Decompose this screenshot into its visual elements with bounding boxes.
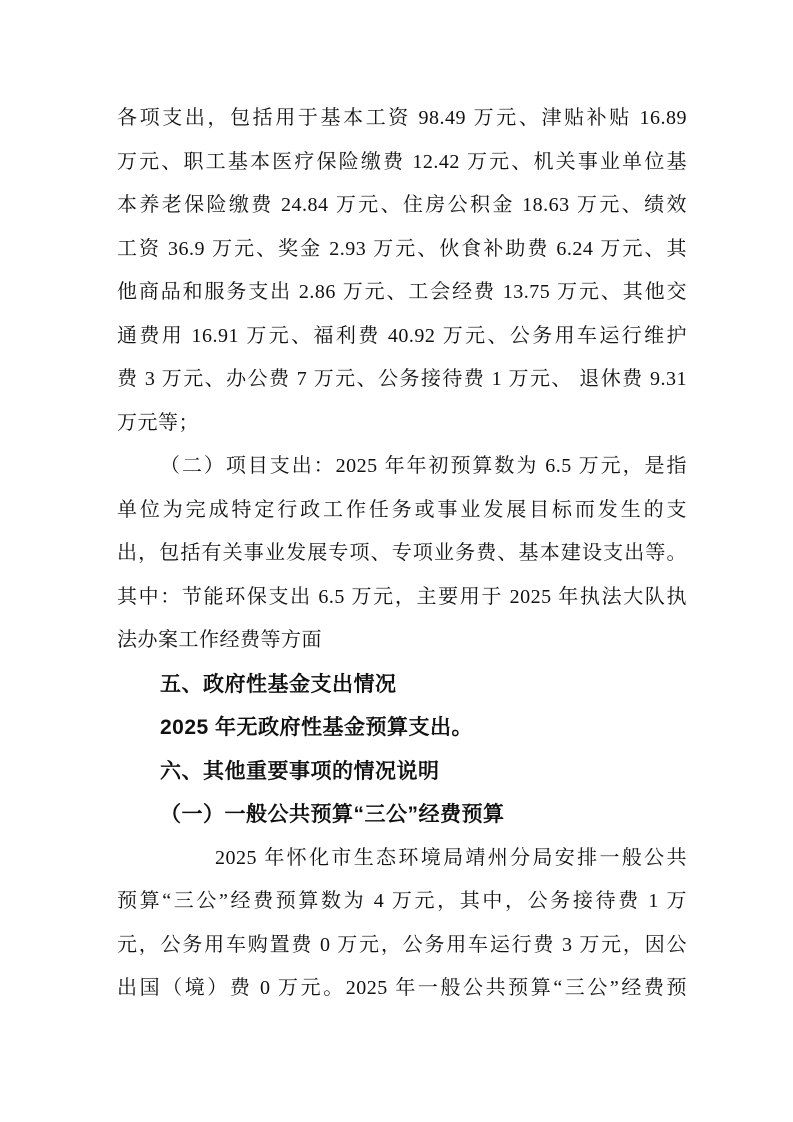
- document-line: 其中：节能环保支出 6.5 万元，主要用于 2025 年执法大队执: [117, 576, 687, 620]
- document-line: 通费用 16.91 万元、福利费 40.92 万元、公务用车运行维护: [117, 315, 687, 359]
- document-line: 法办案工作经费等方面: [117, 619, 687, 663]
- heading-section-5-gov-fund: 五、政府性基金支出情况: [117, 663, 687, 707]
- section-heading: （一）一般公共预算“三公”经费预算: [117, 793, 687, 837]
- document-content: 各项支出，包括用于基本工资 98.49 万元、津贴补贴 16.89 万元、职工基…: [117, 97, 687, 1011]
- document-line: 预算“三公”经费预算数为 4 万元，其中，公务接待费 1 万: [117, 880, 687, 924]
- document-line: 出，包括有关事业发展专项、专项业务费、基本建设支出等。: [117, 532, 687, 576]
- paragraph-project-expenditure: （二）项目支出：2025 年年初预算数为 6.5 万元，是指 单位为完成特定行政…: [117, 445, 687, 663]
- document-line: 各项支出，包括用于基本工资 98.49 万元、津贴补贴 16.89: [117, 97, 687, 141]
- document-line: 元，公务用车购置费 0 万元，公务用车运行费 3 万元，因公: [117, 924, 687, 968]
- heading-three-public-budget: （一）一般公共预算“三公”经费预算: [117, 793, 687, 837]
- paragraph-no-gov-fund-statement: 2025 年无政府性基金预算支出。: [117, 706, 687, 750]
- document-line: 2025 年怀化市生态环境局靖州分局安排一般公共: [117, 837, 687, 881]
- section-heading: 六、其他重要事项的情况说明: [117, 750, 687, 794]
- document-line: 万元等；: [117, 402, 687, 446]
- document-line: 本养老保险缴费 24.84 万元、住房公积金 18.63 万元、绩效: [117, 184, 687, 228]
- heading-section-6-other-items: 六、其他重要事项的情况说明: [117, 750, 687, 794]
- paragraph-three-public-detail: 2025 年怀化市生态环境局靖州分局安排一般公共 预算“三公”经费预算数为 4 …: [117, 837, 687, 1011]
- paragraph-basic-expenditure-detail: 各项支出，包括用于基本工资 98.49 万元、津贴补贴 16.89 万元、职工基…: [117, 97, 687, 445]
- section-heading: 五、政府性基金支出情况: [117, 663, 687, 707]
- document-line: 他商品和服务支出 2.86 万元、工会经费 13.75 万元、其他交: [117, 271, 687, 315]
- document-line: 单位为完成特定行政工作任务或事业发展目标而发生的支: [117, 489, 687, 533]
- document-line: （二）项目支出：2025 年年初预算数为 6.5 万元，是指: [117, 445, 687, 489]
- document-line: 工资 36.9 万元、奖金 2.93 万元、伙食补助费 6.24 万元、其: [117, 228, 687, 272]
- document-line: 费 3 万元、办公费 7 万元、公务接待费 1 万元、 退休费 9.31: [117, 358, 687, 402]
- document-line: 2025 年无政府性基金预算支出。: [117, 706, 687, 750]
- document-page: 各项支出，包括用于基本工资 98.49 万元、津贴补贴 16.89 万元、职工基…: [0, 0, 793, 1122]
- document-line: 万元、职工基本医疗保险缴费 12.42 万元、机关事业单位基: [117, 141, 687, 185]
- document-line: 出国（境）费 0 万元。2025 年一般公共预算“三公”经费预: [117, 967, 687, 1011]
